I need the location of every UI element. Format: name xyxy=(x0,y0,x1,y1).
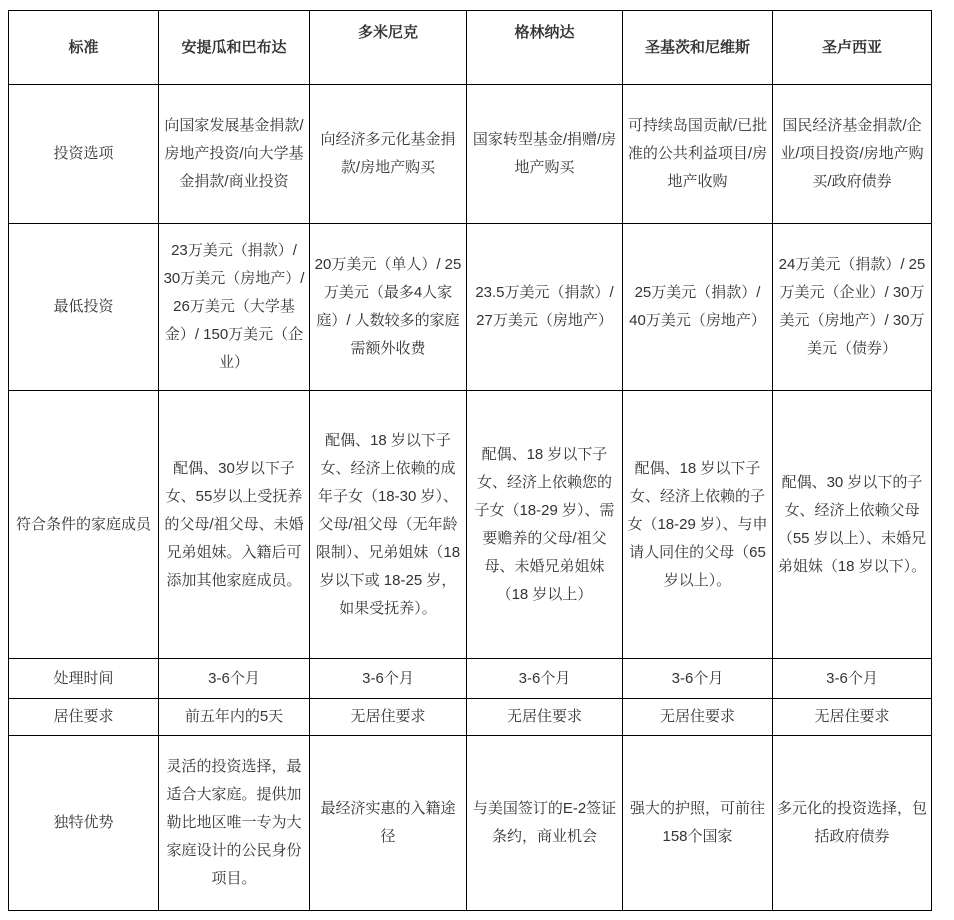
cell-eligible-family-members-st-kitts-nevis: 配偶、18 岁以下子女、经济上依赖的子女（18-29 岁）、与申请人同住的父母（… xyxy=(623,391,773,659)
cell-residency-requirement-grenada: 无居住要求 xyxy=(467,699,623,736)
header-cell-antigua-barbuda: 安提瓜和巴布达 xyxy=(159,11,310,85)
cell-investment-options-antigua-barbuda: 向国家发展基金捐款/房地产投资/向大学基金捐款/商业投资 xyxy=(159,85,310,224)
header-cell-st-lucia: 圣卢西亚 xyxy=(773,11,932,85)
cell-minimum-investment-st-kitts-nevis: 25万美元（捐款）/ 40万美元（房地产） xyxy=(623,224,773,391)
table-row-investment-options: 投资选项 向国家发展基金捐款/房地产投资/向大学基金捐款/商业投资 向经济多元化… xyxy=(9,85,932,224)
cell-residency-requirement-st-kitts-nevis: 无居住要求 xyxy=(623,699,773,736)
cell-eligible-family-members-dominica: 配偶、18 岁以下子女、经济上依赖的成年子女（18-30 岁）、父母/祖父母（无… xyxy=(310,391,467,659)
cell-minimum-investment-st-lucia: 24万美元（捐款）/ 25万美元（企业）/ 30万美元（房地产）/ 30万美元（… xyxy=(773,224,932,391)
cell-processing-time-st-lucia: 3-6个月 xyxy=(773,659,932,699)
cell-investment-options-grenada: 国家转型基金/捐赠/房地产购买 xyxy=(467,85,623,224)
header-cell-criteria: 标准 xyxy=(9,11,159,85)
cell-minimum-investment-dominica: 20万美元（单人）/ 25万美元（最多4人家庭）/ 人数较多的家庭需额外收费 xyxy=(310,224,467,391)
row-label-eligible-family-members: 符合条件的家庭成员 xyxy=(9,391,159,659)
cell-investment-options-dominica: 向经济多元化基金捐款/房地产购买 xyxy=(310,85,467,224)
table-row-unique-advantages: 独特优势 灵活的投资选择，最适合大家庭。提供加勒比地区唯一专为大家庭设计的公民身… xyxy=(9,736,932,911)
cell-processing-time-dominica: 3-6个月 xyxy=(310,659,467,699)
row-label-residency-requirement: 居住要求 xyxy=(9,699,159,736)
cell-residency-requirement-dominica: 无居住要求 xyxy=(310,699,467,736)
cell-residency-requirement-antigua-barbuda: 前五年内的5天 xyxy=(159,699,310,736)
cell-processing-time-antigua-barbuda: 3-6个月 xyxy=(159,659,310,699)
header-cell-grenada: 格林纳达 xyxy=(467,11,623,85)
cell-minimum-investment-antigua-barbuda: 23万美元（捐款）/ 30万美元（房地产）/ 26万美元（大学基金）/ 150万… xyxy=(159,224,310,391)
table-row-minimum-investment: 最低投资 23万美元（捐款）/ 30万美元（房地产）/ 26万美元（大学基金）/… xyxy=(9,224,932,391)
table-row-processing-time: 处理时间 3-6个月 3-6个月 3-6个月 3-6个月 3-6个月 xyxy=(9,659,932,699)
row-label-processing-time: 处理时间 xyxy=(9,659,159,699)
cell-minimum-investment-grenada: 23.5万美元（捐款）/ 27万美元（房地产） xyxy=(467,224,623,391)
header-cell-st-kitts-nevis: 圣基茨和尼维斯 xyxy=(623,11,773,85)
cell-processing-time-grenada: 3-6个月 xyxy=(467,659,623,699)
citizenship-comparison-table: 标准 安提瓜和巴布达 多米尼克 格林纳达 圣基茨和尼维斯 圣卢西亚 投资选项 向… xyxy=(8,10,932,911)
cell-investment-options-st-kitts-nevis: 可持续岛国贡献/已批准的公共利益项目/房地产收购 xyxy=(623,85,773,224)
header-row: 标准 安提瓜和巴布达 多米尼克 格林纳达 圣基茨和尼维斯 圣卢西亚 xyxy=(9,11,932,85)
row-label-minimum-investment: 最低投资 xyxy=(9,224,159,391)
cell-unique-advantages-st-lucia: 多元化的投资选择，包括政府债券 xyxy=(773,736,932,911)
header-cell-dominica: 多米尼克 xyxy=(310,11,467,85)
cell-residency-requirement-st-lucia: 无居住要求 xyxy=(773,699,932,736)
cell-processing-time-st-kitts-nevis: 3-6个月 xyxy=(623,659,773,699)
cell-unique-advantages-grenada: 与美国签订的E-2签证条约，商业机会 xyxy=(467,736,623,911)
cell-eligible-family-members-grenada: 配偶、18 岁以下子女、经济上依赖您的子女（18-29 岁）、需要赡养的父母/祖… xyxy=(467,391,623,659)
cell-unique-advantages-dominica: 最经济实惠的入籍途径 xyxy=(310,736,467,911)
table-row-eligible-family-members: 符合条件的家庭成员 配偶、30岁以下子女、55岁以上受抚养的父母/祖父母、未婚兄… xyxy=(9,391,932,659)
row-label-unique-advantages: 独特优势 xyxy=(9,736,159,911)
row-label-investment-options: 投资选项 xyxy=(9,85,159,224)
cell-investment-options-st-lucia: 国民经济基金捐款/企业/项目投资/房地产购买/政府债券 xyxy=(773,85,932,224)
cell-unique-advantages-st-kitts-nevis: 强大的护照，可前往158个国家 xyxy=(623,736,773,911)
cell-eligible-family-members-st-lucia: 配偶、30 岁以下的子女、经济上依赖父母（55 岁以上）、未婚兄弟姐妹（18 岁… xyxy=(773,391,932,659)
cell-eligible-family-members-antigua-barbuda: 配偶、30岁以下子女、55岁以上受抚养的父母/祖父母、未婚兄弟姐妹。入籍后可添加… xyxy=(159,391,310,659)
table-row-residency-requirement: 居住要求 前五年内的5天 无居住要求 无居住要求 无居住要求 无居住要求 xyxy=(9,699,932,736)
cell-unique-advantages-antigua-barbuda: 灵活的投资选择，最适合大家庭。提供加勒比地区唯一专为大家庭设计的公民身份项目。 xyxy=(159,736,310,911)
